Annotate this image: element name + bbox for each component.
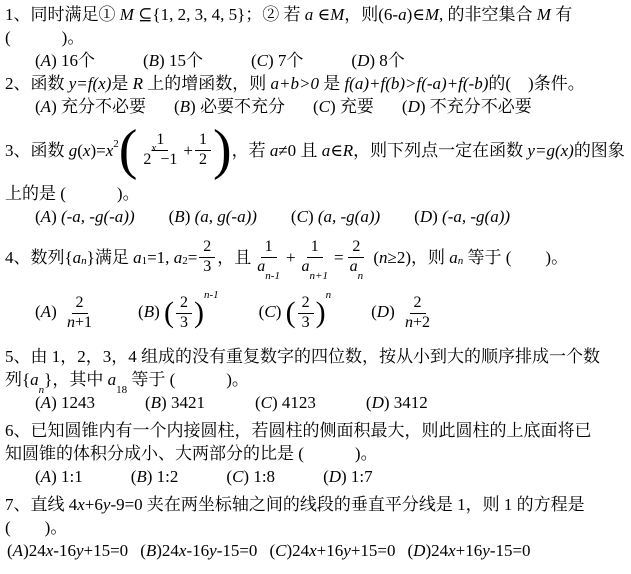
- text-run: }满足: [87, 246, 133, 269]
- text-run: 是: [319, 74, 345, 93]
- text-run: +6: [85, 495, 103, 514]
- question-5: 5、由 1，2，3，4 组成的没有重复数字的四位数，按从小到大的顺序排成一个数 …: [5, 345, 629, 414]
- text-run: a: [30, 370, 39, 389]
- text-run: (: [369, 246, 379, 269]
- question-4-option-b: (B) (23)n-1: [138, 294, 219, 332]
- text-run: -16: [53, 541, 76, 560]
- text-run: 1: [156, 131, 164, 148]
- text-run: y: [76, 541, 84, 560]
- question-3-option-b: (B) (a, g(-a)): [169, 205, 257, 228]
- text-run: ，且: [217, 246, 251, 269]
- text-run: 2: [199, 151, 207, 168]
- text-run: 3、函数: [5, 139, 69, 162]
- question-3-options: (A) (-a, -g(-a)) (B) (a, g(-a)) (C) (a, …: [5, 205, 629, 228]
- text-run: D: [357, 51, 369, 70]
- text-run: C: [319, 97, 330, 116]
- question-6-option-b: (B) 1:2: [131, 465, 179, 488]
- question-3: 3、函数 g(x)=x2(12x −1+12)，若 a≠0 且 a∈R，则下列点…: [5, 118, 629, 228]
- question-1: 1、同时满足① M ⊆{1, 2, 3, 4, 5}；② 若 a ∈M，则(6-…: [5, 3, 629, 72]
- text-run: ): [276, 302, 286, 321]
- question-4-option-d: (D) 2n+2: [371, 294, 436, 332]
- question-4-options: (A) 2n+1 (B) (23)n-1 (C) (23)n (D) 2n+2: [5, 286, 629, 340]
- text-run: 2: [302, 294, 310, 311]
- text-run: )=: [90, 139, 105, 162]
- text-run: ≠0 且: [278, 139, 321, 162]
- text-run: -15=0: [490, 541, 531, 560]
- text-run: A: [41, 467, 51, 486]
- text-run: ) 4123: [272, 393, 316, 412]
- question-6-stem-line-2: 知圆锥的体积分成小、大两部分的比是 ( )。: [5, 442, 629, 465]
- question-4-option-c: (C) (23)n: [259, 294, 331, 332]
- text-run: 12: [195, 131, 211, 169]
- text-run: R: [133, 74, 143, 93]
- text-run: D: [413, 541, 425, 560]
- text-run: A: [13, 541, 23, 560]
- text-run: +16: [317, 541, 344, 560]
- text-run: x: [77, 495, 85, 514]
- text-run: D: [372, 393, 384, 412]
- text-run: ) 必要不充分: [190, 97, 285, 116]
- text-run: y=g(x): [527, 139, 573, 162]
- text-run: ( )。: [5, 28, 84, 47]
- text-run: 2: [180, 294, 188, 311]
- text-run: ): [154, 302, 164, 321]
- text-run: n: [326, 289, 332, 301]
- text-run: +: [183, 139, 193, 162]
- text-run: a: [73, 246, 82, 269]
- text-run: a+b>0: [271, 74, 319, 93]
- text-run: )24: [156, 541, 179, 560]
- text-run: n: [358, 270, 364, 282]
- question-7-option-b: (B)24x-16y-15=0: [140, 539, 257, 562]
- text-run: (a, -g(a)): [318, 207, 380, 226]
- text-run: 的( )条件。: [488, 74, 584, 93]
- text-run: =: [188, 246, 198, 269]
- text-run: +2: [413, 314, 430, 331]
- text-run: y=f(x): [69, 74, 112, 93]
- text-run: ) 1:2: [147, 467, 179, 486]
- text-run: 3: [180, 314, 188, 331]
- text-run: 1an+1: [298, 238, 332, 276]
- question-3-option-d: (D) (-a, -g(a)): [414, 205, 510, 228]
- text-run: (-a, -g(a)): [442, 207, 510, 226]
- question-3-option-a: (A) (-a, -g(-a)): [35, 205, 135, 228]
- text-run: , 的非空集合: [439, 5, 537, 24]
- text-run: 2: [352, 238, 360, 255]
- text-run: =: [334, 246, 344, 269]
- question-7: 7、直线 4x+6y-9=0 夹在两坐标轴之间的线段的垂直平分线是 1，则 1 …: [5, 493, 629, 562]
- text-run: 2: [203, 238, 211, 255]
- text-run: ，若: [232, 139, 270, 162]
- text-run: 23: [298, 294, 314, 332]
- question-5-options: (A) 1243 (B) 3421 (C) 4123 (D) 3412: [5, 391, 629, 414]
- text-run: ，则(6-: [344, 5, 398, 24]
- text-run: ∈: [313, 5, 330, 24]
- text-run: 2: [414, 294, 422, 311]
- text-run: (a, g(-a)): [195, 207, 257, 226]
- question-3-stem-line-2: 上的是 ( )。: [5, 182, 629, 205]
- text-run: 是: [111, 74, 132, 93]
- text-run: -16: [186, 541, 209, 560]
- text-run: 1: [311, 238, 319, 255]
- text-run: ) 充分不必要: [51, 97, 146, 116]
- question-7-option-d: (D)24x+16y-15=0: [408, 539, 531, 562]
- text-run: n: [39, 384, 45, 396]
- text-run: A: [41, 51, 51, 70]
- text-run: y: [209, 541, 217, 560]
- text-run: 4、数列{: [5, 246, 73, 269]
- text-run: C: [297, 207, 308, 226]
- text-run: ) 7个: [268, 51, 303, 70]
- text-run: )24: [286, 541, 309, 560]
- test-paper-page: 1、同时满足① M ⊆{1, 2, 3, 4, 5}；② 若 a ∈M，则(6-…: [0, 0, 631, 574]
- question-3-stem-line-1: 3、函数 g(x)=x2(12x −1+12)，若 a≠0 且 a∈R，则下列点…: [5, 118, 629, 182]
- text-run: x: [309, 541, 317, 560]
- text-run: ) 不充分不必要: [420, 97, 532, 116]
- text-run: 3: [302, 314, 310, 331]
- text-run: D: [408, 97, 420, 116]
- text-run: (: [164, 296, 174, 329]
- text-run: +: [286, 246, 296, 269]
- text-run: 等于 ( )。: [127, 370, 249, 389]
- text-run: ) 3421: [161, 393, 205, 412]
- question-1-options: (A) 16个 (B) 15个 (C) 7个 (D) 8个: [5, 49, 629, 72]
- text-run: M: [425, 5, 439, 24]
- text-run: x: [448, 541, 456, 560]
- text-run: x: [151, 142, 156, 154]
- question-7-stem-line-1: 7、直线 4x+6y-9=0 夹在两坐标轴之间的线段的垂直平分线是 1，则 1 …: [5, 493, 629, 516]
- text-run: C: [232, 467, 243, 486]
- text-run: 6、已知圆锥内有一个内接圆柱，若圆柱的侧面积最大，则此圆柱的上底面将已: [5, 421, 592, 440]
- text-run: ): [316, 296, 326, 329]
- text-run: 3: [203, 258, 211, 275]
- question-5-option-d: (D) 3412: [366, 391, 428, 414]
- question-2-option-a: (A) 充分不必要: [35, 95, 146, 118]
- text-run: 列{: [5, 370, 30, 389]
- text-run: n+1: [310, 270, 328, 282]
- question-6-options: (A) 1:1 (B) 1:2 (C) 1:8 (D) 1:7: [5, 465, 629, 488]
- text-run: ) 1:7: [341, 467, 373, 486]
- text-run: 1: [199, 131, 207, 148]
- question-7-option-a: (A)24x-16y+15=0: [7, 539, 128, 562]
- question-5-stem-line-2: 列{an}，其中 a18 等于 ( )。: [5, 368, 629, 391]
- question-6: 6、已知圆锥内有一个内接圆柱，若圆柱的侧面积最大，则此圆柱的上底面将已 知圆锥的…: [5, 419, 629, 488]
- text-run: a: [302, 258, 310, 275]
- text-run: a: [270, 139, 279, 162]
- text-run: M: [330, 5, 344, 24]
- text-run: B: [136, 467, 146, 486]
- question-1-option-b: (B) 15个: [143, 49, 203, 72]
- text-run: f(a)+f(b)>f(-a)+f(-b): [344, 74, 488, 93]
- question-5-option-c: (C) 4123: [255, 391, 316, 414]
- text-run: ⊆{1, 2, 3, 4, 5}；② 若: [134, 5, 305, 24]
- text-run: a: [449, 246, 458, 269]
- question-1-option-d: (D) 8个: [351, 49, 404, 72]
- text-run: +15=0: [84, 541, 129, 560]
- text-run: (-a, -g(-a)): [61, 207, 135, 226]
- text-run: 2n+1: [63, 294, 96, 332]
- text-run: x: [106, 139, 114, 162]
- text-run: 知圆锥的体积分成小、大两部分的比是 ( )。: [5, 444, 378, 463]
- question-7-option-c: (C)24x+16y+15=0: [269, 539, 395, 562]
- text-run: B: [149, 51, 159, 70]
- text-run: =1,: [147, 246, 174, 269]
- text-run: (: [119, 122, 138, 178]
- text-run: +15=0: [351, 541, 396, 560]
- text-run: a: [108, 370, 117, 389]
- text-run: ) 15个: [159, 51, 203, 70]
- text-run: a: [350, 258, 358, 275]
- text-run: a: [322, 139, 331, 162]
- text-run: )24: [23, 541, 46, 560]
- text-run: ) 16个: [51, 51, 95, 70]
- text-run: ) 1243: [51, 393, 95, 412]
- text-run: B: [144, 302, 154, 321]
- text-run: )∈: [407, 5, 425, 24]
- question-6-option-c: (C) 1:8: [226, 465, 275, 488]
- text-run: 上的增函数，则: [143, 74, 271, 93]
- text-run: D: [420, 207, 432, 226]
- text-run: 1、同时满足①: [5, 5, 120, 24]
- text-run: 18: [116, 384, 127, 396]
- text-run: C: [261, 393, 272, 412]
- text-run: -15=0: [217, 541, 258, 560]
- text-run: B: [180, 97, 190, 116]
- text-run: −1: [156, 151, 177, 168]
- text-run: n-1: [204, 289, 219, 301]
- text-run: A: [41, 302, 51, 321]
- text-run: (: [286, 296, 296, 329]
- question-2-option-d: (D) 不充分不必要: [402, 95, 532, 118]
- question-2-option-c: (C) 充要: [313, 95, 374, 118]
- text-run: C: [275, 541, 286, 560]
- text-run: a: [133, 246, 142, 269]
- text-run: ≥2)，则: [388, 246, 450, 269]
- text-run: 的图象: [574, 139, 625, 162]
- question-6-option-d: (D) 1:7: [323, 465, 373, 488]
- text-run: 23: [199, 238, 215, 276]
- text-run: a: [174, 246, 183, 269]
- question-2: 2、函数 y=f(x)是 R 上的增函数，则 a+b>0 是 f(a)+f(b)…: [5, 72, 629, 118]
- text-run: n: [379, 246, 388, 269]
- text-run: ) 3412: [384, 393, 428, 412]
- question-7-answer-blank: ( )。: [5, 516, 629, 539]
- text-run: 23: [176, 294, 192, 332]
- question-1-option-a: (A) 16个: [35, 49, 95, 72]
- question-3-option-c: (C) (a, -g(a)): [291, 205, 380, 228]
- text-run: ) 1:1: [51, 467, 83, 486]
- text-run: ): [432, 207, 442, 226]
- text-run: 12x −1: [139, 131, 181, 169]
- text-run: M: [120, 5, 134, 24]
- text-run: y: [482, 541, 490, 560]
- text-run: D: [377, 302, 389, 321]
- text-run: ) 1:8: [243, 467, 275, 486]
- text-run: D: [329, 467, 341, 486]
- question-4-option-a: (A) 2n+1: [35, 294, 98, 332]
- text-run: ∈: [330, 139, 343, 162]
- text-run: ): [308, 207, 318, 226]
- question-5-stem-line-1: 5、由 1，2，3，4 组成的没有重复数字的四位数，按从小到大的顺序排成一个数: [5, 345, 629, 368]
- text-run: 等于 ( )。: [463, 246, 568, 269]
- text-run: 2an: [346, 238, 368, 276]
- question-6-option-a: (A) 1:1: [35, 465, 83, 488]
- text-run: B: [174, 207, 184, 226]
- question-7-options: (A)24x-16y+15=0 (B)24x-16y-15=0 (C)24x+1…: [5, 539, 629, 562]
- text-run: 1: [265, 238, 273, 255]
- text-run: a: [305, 5, 314, 24]
- text-run: +16: [456, 541, 483, 560]
- text-run: ( )。: [5, 518, 67, 537]
- text-run: ): [51, 302, 61, 321]
- text-run: -9=0 夹在两坐标轴之间的线段的垂直平分线是 1，则 1 的方程是: [110, 495, 584, 514]
- text-run: A: [41, 97, 51, 116]
- question-6-stem-line-1: 6、已知圆锥内有一个内接圆柱，若圆柱的侧面积最大，则此圆柱的上底面将已: [5, 419, 629, 442]
- text-run: n: [405, 314, 413, 331]
- text-run: M: [537, 5, 551, 24]
- question-2-option-b: (B) 必要不充分: [174, 95, 285, 118]
- text-run: A: [41, 207, 51, 226]
- question-2-options: (A) 充分不必要 (B) 必要不充分 (C) 充要 (D) 不充分不必要: [5, 95, 629, 118]
- text-run: ，则下列点一定在函数: [353, 139, 527, 162]
- text-run: ): [51, 207, 61, 226]
- text-run: ) 8个: [369, 51, 404, 70]
- question-4-stem-line-1: 4、数列{an}满足 a1=1, a2=23，且1an-1+1an+1=2an …: [5, 228, 629, 286]
- text-run: 5、由 1，2，3，4 组成的没有重复数字的四位数，按从小到大的顺序排成一个数: [5, 347, 600, 366]
- text-run: B: [146, 541, 156, 560]
- text-run: a: [398, 5, 407, 24]
- text-run: C: [257, 51, 268, 70]
- text-run: C: [264, 302, 275, 321]
- text-run: }，其中: [44, 370, 107, 389]
- text-run: x: [83, 139, 91, 162]
- text-run: ): [389, 302, 399, 321]
- question-1-answer-blank: ( )。: [5, 26, 629, 49]
- text-run: 2、函数: [5, 74, 69, 93]
- text-run: 7、直线 4: [5, 495, 77, 514]
- question-1-stem-line-1: 1、同时满足① M ⊆{1, 2, 3, 4, 5}；② 若 a ∈M，则(6-…: [5, 3, 629, 26]
- question-1-option-c: (C) 7个: [251, 49, 303, 72]
- question-5-option-b: (B) 3421: [145, 391, 205, 414]
- text-run: 2n+2: [401, 294, 434, 332]
- text-run: 有: [551, 5, 572, 24]
- text-run: ) 充要: [330, 97, 374, 116]
- text-run: )24: [425, 541, 448, 560]
- text-run: +1: [75, 314, 92, 331]
- question-2-stem-line-1: 2、函数 y=f(x)是 R 上的增函数，则 a+b>0 是 f(a)+f(b)…: [5, 72, 629, 95]
- question-4: 4、数列{an}满足 a1=1, a2=23，且1an-1+1an+1=2an …: [5, 228, 629, 340]
- text-run: ): [194, 296, 204, 329]
- text-run: 上的是 ( )。: [5, 184, 140, 203]
- text-run: g: [69, 139, 78, 162]
- text-run: 1an-1: [253, 238, 284, 276]
- text-run: 2: [76, 294, 84, 311]
- text-run: B: [151, 393, 161, 412]
- text-run: ): [213, 122, 232, 178]
- text-run: y: [343, 541, 351, 560]
- text-run: ): [185, 207, 195, 226]
- text-run: n-1: [265, 270, 280, 282]
- text-run: R: [343, 139, 353, 162]
- text-run: n: [67, 314, 75, 331]
